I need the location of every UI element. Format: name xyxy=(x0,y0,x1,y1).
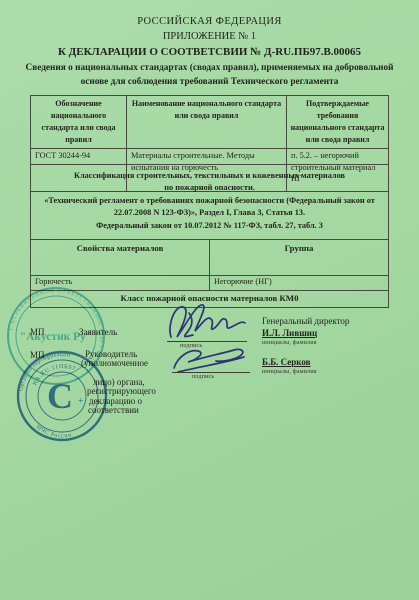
col-header-requirements: Подтверждаемые требования национального … xyxy=(287,96,389,149)
document-header: РОССИЙСКАЯ ФЕДЕРАЦИЯ ПРИЛОЖЕНИЕ № 1 К ДЕ… xyxy=(0,15,419,61)
properties-value-row: Горючесть Негорючие (НГ) xyxy=(31,276,389,291)
subtitle-line: основе для соблюдения требований Техниче… xyxy=(10,75,409,89)
registrar-role-label: Руководитель (уполномоченное лицо) орган… xyxy=(80,350,156,415)
classification-row: Классификация строительных, текстильных … xyxy=(31,165,389,240)
seal-center-letter: С xyxy=(47,376,73,416)
classification-line: 22.07.2008 N 123-ФЗ)», Раздел I, Глава 3… xyxy=(33,207,386,219)
role-line: соответствии xyxy=(88,406,156,415)
scan-artifact-mark: ’ xyxy=(317,78,320,88)
sign-caption-registrar: подпись xyxy=(192,374,214,380)
name-caption-applicant: инициалы, фамилия xyxy=(262,340,317,346)
properties-header-row: Свойства материалов Группа xyxy=(31,240,389,276)
signature-line xyxy=(172,372,250,373)
classification-line: по пожарной опасности. xyxy=(33,182,386,194)
country-line: РОССИЙСКАЯ ФЕДЕРАЦИЯ xyxy=(0,15,419,30)
name-caption-registrar: инициалы, фамилия xyxy=(262,369,317,375)
subtitle-line: Сведения о национальных стандартах (свод… xyxy=(10,61,409,75)
declaration-number-line: К ДЕКЛАРАЦИИ О СООТВЕТСВИИ № Д-RU.ПБ97.В… xyxy=(0,45,419,60)
registrar-name: Б.Б. Серков xyxy=(262,357,310,367)
seal-accreditation-number: RA.RU.11ПБ97 xyxy=(32,364,76,387)
mp-label-applicant: МП xyxy=(30,327,45,337)
applicant-signature xyxy=(163,297,251,343)
classification-line: «Технический регламент о требованиях пож… xyxy=(33,195,386,207)
signature-line xyxy=(167,341,247,342)
col-header-group: Группа xyxy=(210,240,389,276)
classification-line: Классификация строительных, текстильных … xyxy=(33,170,386,182)
appendix-line: ПРИЛОЖЕНИЕ № 1 xyxy=(0,30,419,45)
applicant-name: И.Л. Лившиц xyxy=(262,328,317,338)
role-line: (уполномоченное xyxy=(81,359,156,368)
classification-properties-table: Классификация строительных, текстильных … xyxy=(30,164,389,308)
classification-note: Классификация строительных, текстильных … xyxy=(31,165,389,240)
col-header-properties: Свойства материалов xyxy=(31,240,210,276)
col-header-designation: Обозначение национального стандарта или … xyxy=(31,96,127,149)
document-subtitle: Сведения о национальных стандартах (свод… xyxy=(10,61,409,90)
cell-group: Негорючие (НГ) xyxy=(210,276,389,291)
applicant-position: Генеральный директор xyxy=(262,316,349,326)
applicant-role-label: Заявитель xyxy=(79,327,117,337)
standards-table-header-row: Обозначение национального стандарта или … xyxy=(31,96,389,149)
seal-ring-bottom-text: МЧС России xyxy=(35,424,73,439)
cell-property: Горючесть xyxy=(31,276,210,291)
col-header-name: Наименование национального стандарта или… xyxy=(127,96,287,149)
classification-line: Федеральный закон от 10.07.2012 № 117-ФЗ… xyxy=(33,220,386,232)
declaration-appendix-page: РОССИЙСКАЯ ФЕДЕРАЦИЯ ПРИЛОЖЕНИЕ № 1 К ДЕ… xyxy=(0,0,419,600)
mp-label-registrar: МП xyxy=(30,350,45,360)
